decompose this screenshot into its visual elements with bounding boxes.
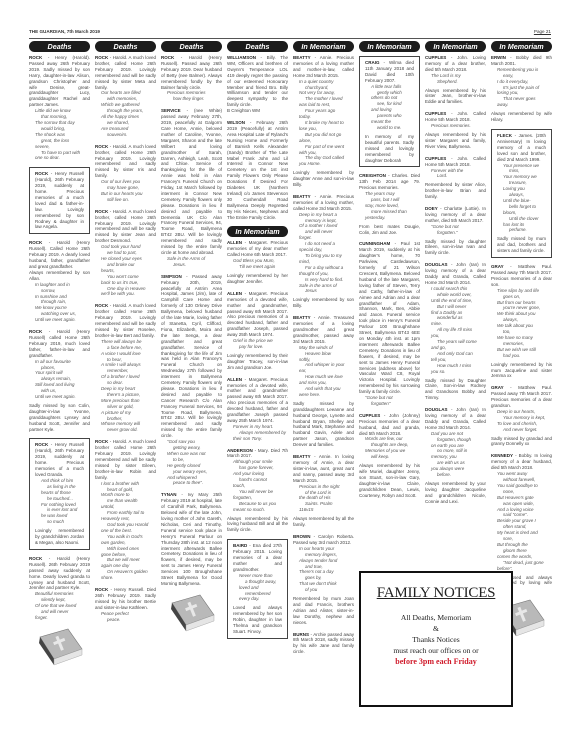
deceased-name: CUNNINGHAM — [359, 241, 390, 246]
verse: Although your smilehas gone forever,And … — [227, 459, 288, 512]
boxed-notice: CRAIG - Wilma died 11th January 2018 and… — [359, 56, 420, 167]
notice-entry: ERWIN - Bobby died 9th March 2001.Rememb… — [491, 55, 552, 123]
notice-body: GRAY - Matthew Paul. Passed away 7th Mar… — [491, 264, 552, 288]
notice-entry: DOEY - Charlotte (Lottie). In loving mem… — [425, 206, 486, 256]
verse: Precious memories. — [425, 123, 486, 129]
notice-entry: BROWN - Carolyn Roberta. Passed way 3rd … — [293, 534, 354, 626]
verse: God took your handwe had to part,He clos… — [95, 244, 156, 297]
verse-line: you so. — [431, 369, 486, 375]
verse: Forever in my heart.Always remembered by… — [227, 424, 288, 442]
notice-entry: ROCK - Harold. A much loved brother call… — [95, 303, 156, 433]
notice-entry: ROCK - Harold. A much loved brother, cal… — [95, 144, 156, 203]
verse: Our of our lives youmay have gone,But in… — [95, 179, 156, 203]
section-heading: Deaths — [161, 41, 222, 52]
notice-entry: CUNNINGHAM - Paul 1st March 2019, sudden… — [359, 241, 420, 406]
deceased-name: CUPPLES — [359, 413, 380, 418]
boxed-notice: ROCK - Henry Russell (Harold), 26th Febr… — [29, 167, 90, 234]
notice-body: FLECK - James. (20th Anniversary) In lov… — [497, 133, 546, 163]
deceased-name: GRAY — [491, 385, 504, 390]
notice-entry: ROCK - Henry Russell. Died 26th February… — [95, 587, 156, 622]
notice-body: ROCK - Henry Russell. Died 26th February… — [95, 587, 156, 611]
notice-entry: BEATTY - Annie. Precious memories of a l… — [293, 55, 354, 188]
deceased-name: GRAY — [491, 264, 504, 269]
deceased-name: CRAIG — [365, 60, 380, 65]
verse: The years maypass, but I willstay, more … — [359, 191, 420, 221]
notice-text: - Harold. A much loved brother, called H… — [95, 144, 156, 179]
verse: In a quiet countrychurchyard,Not very fa… — [293, 79, 354, 168]
section-heading: In Memoriam — [293, 41, 354, 52]
verse-line: one so dear. — [35, 155, 90, 161]
notice-text: - Henry Russell (Harold), 26th February … — [35, 442, 84, 477]
verse-line: Until we meet again. — [35, 317, 90, 323]
remembered-by: Lovingly remembered by grandchildren Jor… — [35, 528, 84, 546]
verse-line: forgotten" — [365, 401, 420, 407]
notice-body: CUPPLES - John (Johnny) Precious memorie… — [359, 413, 420, 437]
notice-entry: CUPPLES - John (Johnny) Precious memorie… — [359, 413, 420, 499]
verse-line: were here. — [299, 392, 354, 398]
verse-line: how they linger. — [167, 96, 222, 102]
deceased-name: ROCK — [29, 556, 42, 561]
notice-entry: GRAY - Matthew Paul. Passed away 7th Mar… — [491, 264, 552, 379]
verse: Peace perfectpeace. — [95, 611, 156, 623]
notice-entry: CUPPLES - John. Loving memory of a dear … — [425, 55, 486, 105]
notice-body: WILSON - February 26th 2019 (Peacefully)… — [227, 120, 288, 220]
notice-entry: CUPPLES - John. Called Home 5th March 20… — [425, 111, 486, 149]
notice-body: ALLEN - Margaret. Precious memories of a… — [227, 377, 288, 424]
deceased-name: ROCK — [95, 587, 108, 592]
notice-body: CUPPLES - John. Called Home 5th March 20… — [425, 156, 486, 168]
notice-body: CUPPLES - John. Called Home 5th March 20… — [425, 111, 486, 123]
verse-line: perfume. — [503, 227, 546, 233]
verse: Precious in the sightof the Lord isthe d… — [293, 484, 354, 514]
deceased-name: ROCK — [95, 144, 108, 149]
verse: Our hearts are filledwith memories,Which… — [95, 90, 156, 137]
verse-line: world to me. — [371, 125, 414, 131]
remembered-by: Lovingly remembered by their daughter Tr… — [227, 353, 288, 371]
notice-text: - Henry (Harold). Passed away 26th Febru… — [29, 55, 90, 107]
remembered-by: Remembered by sister Alice, brother-in-l… — [425, 182, 486, 200]
notice-body: GRAY - Matthew Paul. Passed away 7th Mar… — [491, 385, 552, 409]
notice-entry: ROCK - Harold. A much loved brother, cal… — [95, 209, 156, 298]
section-heading: In Memoriam — [491, 41, 552, 52]
notice-entry: ROCK - Harold (Henry Russell). Passed aw… — [161, 55, 222, 102]
notice-entry: ROCK - Harold. A much loved brother call… — [95, 439, 156, 581]
verse: Dad you are notforgotten, thoughon earth… — [425, 431, 486, 478]
verse: And think of himas living in thehearts o… — [35, 478, 84, 525]
section-heading: Deaths — [227, 41, 288, 52]
deceased-name: BEATTY — [293, 55, 311, 60]
deceased-name: CUPPLES — [425, 156, 446, 161]
notice-line-2: & — [361, 623, 511, 634]
column-3: DeathsROCK - Harold (Henry Russell). Pas… — [161, 41, 222, 635]
notice-line-1: All Deaths, Memoriam — [361, 612, 511, 623]
notice-entry: BEATTY - Annie. Precious memories of a l… — [293, 194, 354, 309]
notice-text: - Paul 1st March 2019, suddenly at his d… — [359, 241, 420, 394]
notice-body: SIMPSON - Passed away February 20th, 201… — [161, 274, 222, 439]
deceased-name: CREIGHTON — [359, 173, 386, 178]
remembered-by: Sadly missed by son Colin, daughter-in-l… — [29, 403, 90, 433]
section-heading: In Memoriam — [425, 41, 486, 52]
notice-text: - Billy. The WM, Officers and brethren o… — [227, 55, 288, 107]
verse-line: still live on. — [101, 197, 156, 203]
verse: Forever with theLord. — [425, 168, 486, 180]
deceased-name: BAIRD — [233, 543, 247, 548]
remembered-by: Always remembered by his sister Jean, br… — [425, 88, 486, 106]
notice-body: ANDERSON - Mary. Died 7th March 2017. — [227, 448, 288, 460]
deceased-name: SERVICE — [161, 108, 181, 113]
notice-body: BURNS - Archie passed away 8th March 201… — [293, 632, 354, 656]
notice-body: ROCK - Harold. A much loved brother, cal… — [95, 144, 156, 179]
verse: Remembering you iseasy,I do it everyday,… — [491, 67, 552, 108]
verse-line: Jesus — [299, 288, 354, 294]
verse: Precious memorieshow they linger. — [161, 90, 222, 102]
notice-text: - Harold. A much loved brother, called H… — [95, 55, 156, 90]
verse-line: Till we meet again — [233, 264, 288, 270]
notice-entry: BURNS - Archie passed away 8th March 201… — [293, 632, 354, 656]
verse: Time slips by and lifegoes on,But from o… — [491, 288, 552, 359]
verse-line: meant so much. — [233, 507, 288, 513]
verse-line: shore. — [101, 575, 156, 581]
boxed-notice: ROCK - Henry Russell (Harold), 26th Febr… — [29, 438, 90, 549]
bible-icon — [34, 627, 86, 669]
deceased-name: DOEY — [425, 206, 438, 211]
verse-line: we'll be with you. — [101, 291, 156, 297]
notice-entry: TYNAN - Ivy Mary 25th February 2019 at h… — [161, 492, 222, 587]
verse: There will always bea face before me,A v… — [95, 339, 156, 434]
notice-entry: SERVICE - (nee White) passed away Februa… — [161, 108, 222, 267]
deceased-name: BEATTY — [293, 315, 311, 320]
notice-text: - Harold (Henry Russell). 26th February … — [29, 556, 90, 591]
deceased-name: ROCK — [95, 55, 108, 60]
notice-text: - Harold. A much loved brother called Ho… — [95, 439, 156, 479]
verse-line: Always remembered by — [233, 430, 288, 436]
verse-line: 116v15 — [299, 507, 354, 513]
verse-line: Until we meet again. — [35, 394, 90, 400]
notice-body: WILLIAMSON - Billy. The WM, Officers and… — [227, 55, 288, 108]
remembered-by: Sadly missed by daughter Eileen, son-in-… — [425, 239, 486, 257]
notice-body: ROCK - Harold (Henry Russell). Called Ho… — [29, 240, 90, 270]
verse-line: a thought away, — [239, 579, 282, 585]
deceased-name: WILSON — [227, 120, 245, 125]
notice-body: SERVICE - (nee White) passed away Februa… — [161, 108, 222, 256]
notice-entry: ALLEN - Margaret. Precious memories of m… — [227, 240, 288, 284]
deceased-name: BURNS — [293, 632, 309, 637]
verse-line: Jesus. — [167, 262, 222, 268]
column-8: In MemoriamERWIN - Bobby died 9th March … — [491, 41, 552, 640]
bible-icon — [166, 593, 218, 635]
notice-body: ROCK - Harold (Henry Russell). 26th Febr… — [29, 556, 90, 591]
verse: A little tear fallsgently whichothers do… — [365, 84, 414, 131]
column-6: In MemoriamCRAIG - Wilma died 11th Janua… — [359, 41, 420, 505]
verse: Grief is the price wepay for love. — [227, 338, 288, 350]
notice-body: ROCK - Harold. A much loved brother call… — [95, 303, 156, 338]
notice-body: ALLEN - Margaret. Precious memories of m… — [227, 240, 288, 258]
verse: Beautiful memoriessilently kept,Of one t… — [29, 591, 90, 621]
verse-line: will keep. — [365, 454, 420, 460]
deceased-name: ROCK — [161, 55, 174, 60]
remembered-by: Always remembered by his sister Margaret… — [425, 132, 486, 150]
notice-signoff: Always remembered by son Allan. — [29, 270, 90, 282]
boxed-notice: FLECK - James. (20th Anniversary) In lov… — [491, 129, 552, 258]
notice-body: BROWN - Carolyn Roberta. Passed way 3rd … — [293, 534, 354, 546]
notice-body: DOEY - Charlotte (Lottie). In loving mem… — [425, 206, 486, 224]
notice-entry: ROCK - Harold (Henry Russell) called Hom… — [29, 329, 90, 432]
verse: Your presence wemiss,Your memory wetreas… — [497, 163, 546, 234]
notice-body: CRAIG - Wilma died 11th January 2018 and… — [365, 60, 414, 84]
column-5: In MemoriamBEATTY - Annie. Precious memo… — [293, 41, 354, 661]
notice-body: BEATTY - Annie. Precious memories of a l… — [293, 55, 354, 79]
notice-text: - Margaret. Precious memories of a devot… — [227, 377, 288, 423]
verse: In laughter and insorrow,In sunshine and… — [29, 282, 90, 323]
deceased-name: ROCK — [29, 240, 42, 245]
boxed-notice: BAIRD - Ena died 27th February 2015. Lov… — [227, 539, 288, 639]
notice-entry: BEATTY - Annie. In loving memory of Anni… — [293, 454, 354, 528]
notice-body: ERWIN - Bobby died 9th March 2001. — [491, 55, 552, 67]
notice-body: ROCK - Harold. A much loved brother call… — [95, 439, 156, 480]
verse-line: never grow old. — [101, 427, 156, 433]
verse: You went awaywithout farewell,You said g… — [491, 471, 552, 571]
section-heading: Deaths — [29, 41, 90, 52]
verse-line: And never forget. — [497, 427, 552, 433]
notice-body: DOUGLAS - John (Ian) In loving memory of… — [425, 407, 486, 431]
deceased-name: ALLEN — [227, 377, 242, 382]
notice-body: CREIGHTON - Charles. Died 13th Feb 2014 … — [359, 173, 420, 191]
deceased-name: ALLEN — [227, 291, 242, 296]
notice-body: ROCK - Henry Russell (Harold), 26th Febr… — [35, 442, 84, 477]
notice-body: ROCK - Harold (Henry Russell). Passed aw… — [161, 55, 222, 90]
deceased-name: ROCK — [95, 209, 108, 214]
deceased-name: ROCK — [95, 303, 108, 308]
remembered-by: Sadly missed by granddaughters Leeanne a… — [293, 401, 354, 448]
remembered-by: Always remembered by wife Hilary. — [491, 111, 552, 123]
deceased-name: BEATTY — [293, 454, 311, 459]
verse-line: God took you Harold — [101, 522, 156, 528]
remembered-by: Lovingly remembered by son Billy. — [293, 297, 354, 309]
verse-line: forgotten." — [431, 230, 486, 236]
remembered-by: In memory of my beautiful parents. Sadly… — [365, 134, 414, 164]
notice-entry: ROCK - Henry (Harold). Passed away 26th … — [29, 55, 90, 161]
notice-body: ROCK - Henry (Harold). Passed away 26th … — [29, 55, 90, 108]
notice-line-4: must reach our offices on or — [361, 645, 511, 656]
page-header: THE GUARDIAN, 7th March 2019 Page 21 — [29, 29, 551, 39]
verse: Words are few, ourthoughts are deep,Memo… — [359, 436, 420, 460]
verse: I could search thiswhole world over,Unti… — [425, 286, 486, 375]
verse: Deep in our hearts,Your memory is kept,T… — [491, 409, 552, 433]
family-notices-box: FAMILY NOTICES All Deaths, Memoriam & Th… — [359, 571, 513, 707]
notice-entry: DOUGLAS - John (Ian) In loving memory of… — [425, 407, 486, 505]
deceased-name: BROWN — [293, 534, 311, 539]
notice-signoff: B Creighton WM — [227, 108, 288, 114]
notice-text: - February 26th 2019 (Peacefully) at Ant… — [227, 120, 288, 220]
notice-text: - Ivy Mary 25th February 2019 at hospita… — [161, 492, 222, 586]
notice-body: BEATTY - Annie. Precious memories of a l… — [293, 194, 354, 212]
remembered-by: Sadly missed by grandad and granny Donne… — [491, 436, 552, 448]
remembered-by: Always remembered by his loving husband … — [227, 516, 288, 534]
verse-line: Shepherd. — [431, 79, 486, 85]
verse: Never more thana thought away,loved andr… — [233, 573, 282, 603]
verse-line: Lord. — [431, 173, 486, 179]
deceased-name: CUPPLES — [425, 55, 446, 60]
column-4: DeathsWILLIAMSON - Billy. The WM, Office… — [227, 41, 288, 645]
remembered-by: Always remembered by his wife Muriel, da… — [359, 463, 420, 498]
verse-line: away. — [497, 102, 552, 108]
remembered-by: Lovingly remembered by his mum Jacquelin… — [491, 362, 552, 380]
verse: "Gone but notforgotten" — [359, 395, 420, 407]
notice-body: KENNEDY - Bobby. In loving memory of a d… — [491, 453, 552, 471]
notice-entry: ROCK - Harold. A much loved brother, cal… — [95, 55, 156, 138]
remembered-by: Sadly missed by Daughter Claire, Son-in-… — [425, 378, 486, 402]
deceased-name: ROCK — [29, 55, 42, 60]
notice-entry: ALLEN - Margaret. Precious memories of a… — [227, 291, 288, 371]
notice-body: ALLEN - Margaret. Precious memories of a… — [227, 291, 288, 338]
verse-line: Your memory is kept, — [497, 415, 552, 421]
deceased-name: ALLEN — [227, 240, 242, 245]
notice-body: TYNAN - Ivy Mary 25th February 2019 at h… — [161, 492, 222, 587]
notice-text: - Harold (Henry Russell). Passed away 26… — [161, 55, 222, 90]
verse-line: yesterday. — [365, 215, 420, 221]
notice-entry: SIMPSON - Passed away February 20th, 201… — [161, 274, 222, 487]
verse-line: had you. — [497, 353, 552, 359]
verse-line: of you — [299, 587, 354, 593]
notice-entry: CREIGHTON - Charles. Died 13th Feb 2014 … — [359, 173, 420, 235]
notice-entry: WILSON - February 26th 2019 (Peacefully)… — [227, 120, 288, 220]
notice-text: - (nee White) passed away February 27th,… — [161, 108, 222, 255]
section-heading: Deaths — [95, 41, 156, 52]
deceased-name: KENNEDY — [491, 453, 513, 458]
remembered-by: Remembered by mum Joan and dad Francis, … — [293, 596, 354, 626]
column-1: DeathsROCK - Henry (Harold). Passed away… — [29, 41, 90, 669]
verse: Safe in the Arms ofJesus. — [161, 256, 222, 268]
verse: "God saw yougetting weary,When cure was … — [161, 439, 222, 486]
verse-line: so much — [41, 519, 84, 525]
verse-line: Precious memories. — [431, 123, 486, 129]
section-heading: In Memoriam — [359, 41, 420, 52]
notice-entry: ANDERSON - Mary. Died 7th March 2017.Alt… — [227, 448, 288, 534]
notice-entry: CUPPLES - John. Called Home 5th March 20… — [425, 156, 486, 200]
remembered-by: Sadly missed by mum and dad, brothers an… — [497, 236, 546, 254]
remembered-by: From best mates Dougie, Colin, Jim and J… — [359, 224, 420, 236]
verse: "Gone but notforgotten." — [425, 224, 486, 236]
notice-entry: GRAY - Matthew Paul. Passed away 7th Mar… — [491, 385, 552, 447]
deceased-name: CUPPLES — [425, 111, 446, 116]
deceased-name: ROCK — [95, 439, 108, 444]
notice-line-3: Thanks Notices — [361, 634, 511, 645]
verse: Deep in my heart amemory is kept,Of a mo… — [293, 212, 354, 295]
notice-body: BEATTY - Annie. In loving memory of Anni… — [293, 454, 354, 484]
deceased-name: WILLIAMSON — [227, 55, 256, 60]
verse: The Lord is myShepherd. — [425, 73, 486, 85]
verse-line: peace. — [101, 617, 156, 623]
notice-body: CUPPLES - John. Loving memory of a dear … — [425, 55, 486, 73]
notice-entry: ALLEN - Margaret. Precious memories of a… — [227, 377, 288, 442]
notice-text: - Margaret. Precious memories of a devot… — [227, 291, 288, 337]
verse-line: their son Tony. — [233, 436, 288, 442]
notice-entry: DOUGLAS - John (Ian) In loving memory of… — [425, 262, 486, 401]
remembered-by: Lovingly remembered by daughter Anne and… — [293, 170, 354, 188]
notice-text: - Harold. A much loved brother called Ho… — [95, 303, 156, 338]
verse: In our hearts yourmemory lingers,Always … — [293, 546, 354, 593]
notice-body: ROCK - Harold. A much loved brother, cal… — [95, 55, 156, 90]
verse-line: souvenirs. — [101, 132, 156, 138]
deceased-name: ANDERSON — [227, 448, 253, 453]
verse: May the winds ofHeaven blowsoftly,And wh… — [293, 345, 354, 398]
verse-line: you Home. — [299, 161, 354, 167]
remembered-by: Loved and always remembered by her son R… — [233, 605, 282, 635]
notice-text: - Passed away February 20th, 2019, peace… — [161, 274, 222, 438]
notice-entry: ROCK - Harold (Henry Russell). 26th Febr… — [29, 556, 90, 621]
verse-line: every day. — [239, 596, 282, 602]
verse: I lost a brother withheart of gold,Worth… — [95, 481, 156, 581]
deceased-name: ROCK — [35, 171, 48, 176]
page-number: Page 21 — [534, 29, 551, 34]
verse: Little did we knowthat morning,The sorro… — [29, 108, 90, 161]
notice-title: FAMILY NOTICES — [361, 585, 511, 602]
deceased-name: ERWIN — [491, 55, 506, 60]
notice-body: ROCK - Henry Russell (Harold), 26th Febr… — [35, 171, 84, 230]
notice-body: CUNNINGHAM - Paul 1st March 2019, sudden… — [359, 241, 420, 395]
deceased-name: ROCK — [29, 329, 42, 334]
notice-entry: BEATTY - Annie. Treasured memories of a … — [293, 315, 354, 448]
deceased-name: SIMPSON — [161, 274, 182, 279]
verse-line: peace to thee". — [167, 480, 222, 486]
notice-body: BAIRD - Ena died 27th February 2015. Lov… — [233, 543, 282, 573]
deceased-name: DOUGLAS — [425, 262, 448, 267]
remembered-by: Lovingly remembered by her daughter Jenn… — [227, 273, 288, 285]
notice-deadline: before 3pm each Friday — [361, 656, 511, 667]
deceased-name: TYNAN — [161, 492, 177, 497]
deceased-name: ROCK — [35, 442, 48, 447]
verse-line: "Not dead, just gone — [497, 560, 552, 566]
notice-body: ROCK - Harold (Henry Russell) called Hom… — [29, 329, 90, 359]
deceased-name: FLECK — [497, 133, 512, 138]
verse-line: forget. — [35, 615, 90, 621]
verse-line: pay for love. — [233, 344, 288, 350]
remembered-by: Always remembered by all the family. — [293, 516, 354, 528]
notice-entry: WILLIAMSON - Billy. The WM, Officers and… — [227, 55, 288, 114]
section-heading: In Memoriam — [227, 226, 288, 237]
notice-text: - Harold. A much loved brother, called H… — [95, 209, 156, 244]
notice-text: - Henry Russell (Harold), 26th February … — [35, 171, 84, 229]
notice-body: DOUGLAS - John (Ian) In loving memory of… — [425, 262, 486, 286]
verse: God Bless you Mum,Till we meet again — [227, 258, 288, 270]
column-7: In MemoriamCUPPLES - John. Loving memory… — [425, 41, 486, 511]
deceased-name: DOUGLAS — [425, 407, 448, 412]
verse-line: before. — [431, 472, 486, 478]
notice-entry: ROCK - Harold (Henry Russell). Called Ho… — [29, 240, 90, 323]
notice-body: BEATTY - Annie. Treasured memories of a … — [293, 315, 354, 345]
deceased-name: BEATTY — [293, 194, 311, 199]
notice-body: ROCK - Harold. A much loved brother, cal… — [95, 209, 156, 244]
column-2: DeathsROCK - Harold. A much loved brothe… — [95, 41, 156, 628]
publication-dateline: THE GUARDIAN, 7th March 2019 — [29, 29, 100, 34]
verse: In all our favouriteplaces,Your spirit w… — [29, 359, 90, 400]
remembered-by: Always remembered by your loving daughte… — [425, 481, 486, 505]
